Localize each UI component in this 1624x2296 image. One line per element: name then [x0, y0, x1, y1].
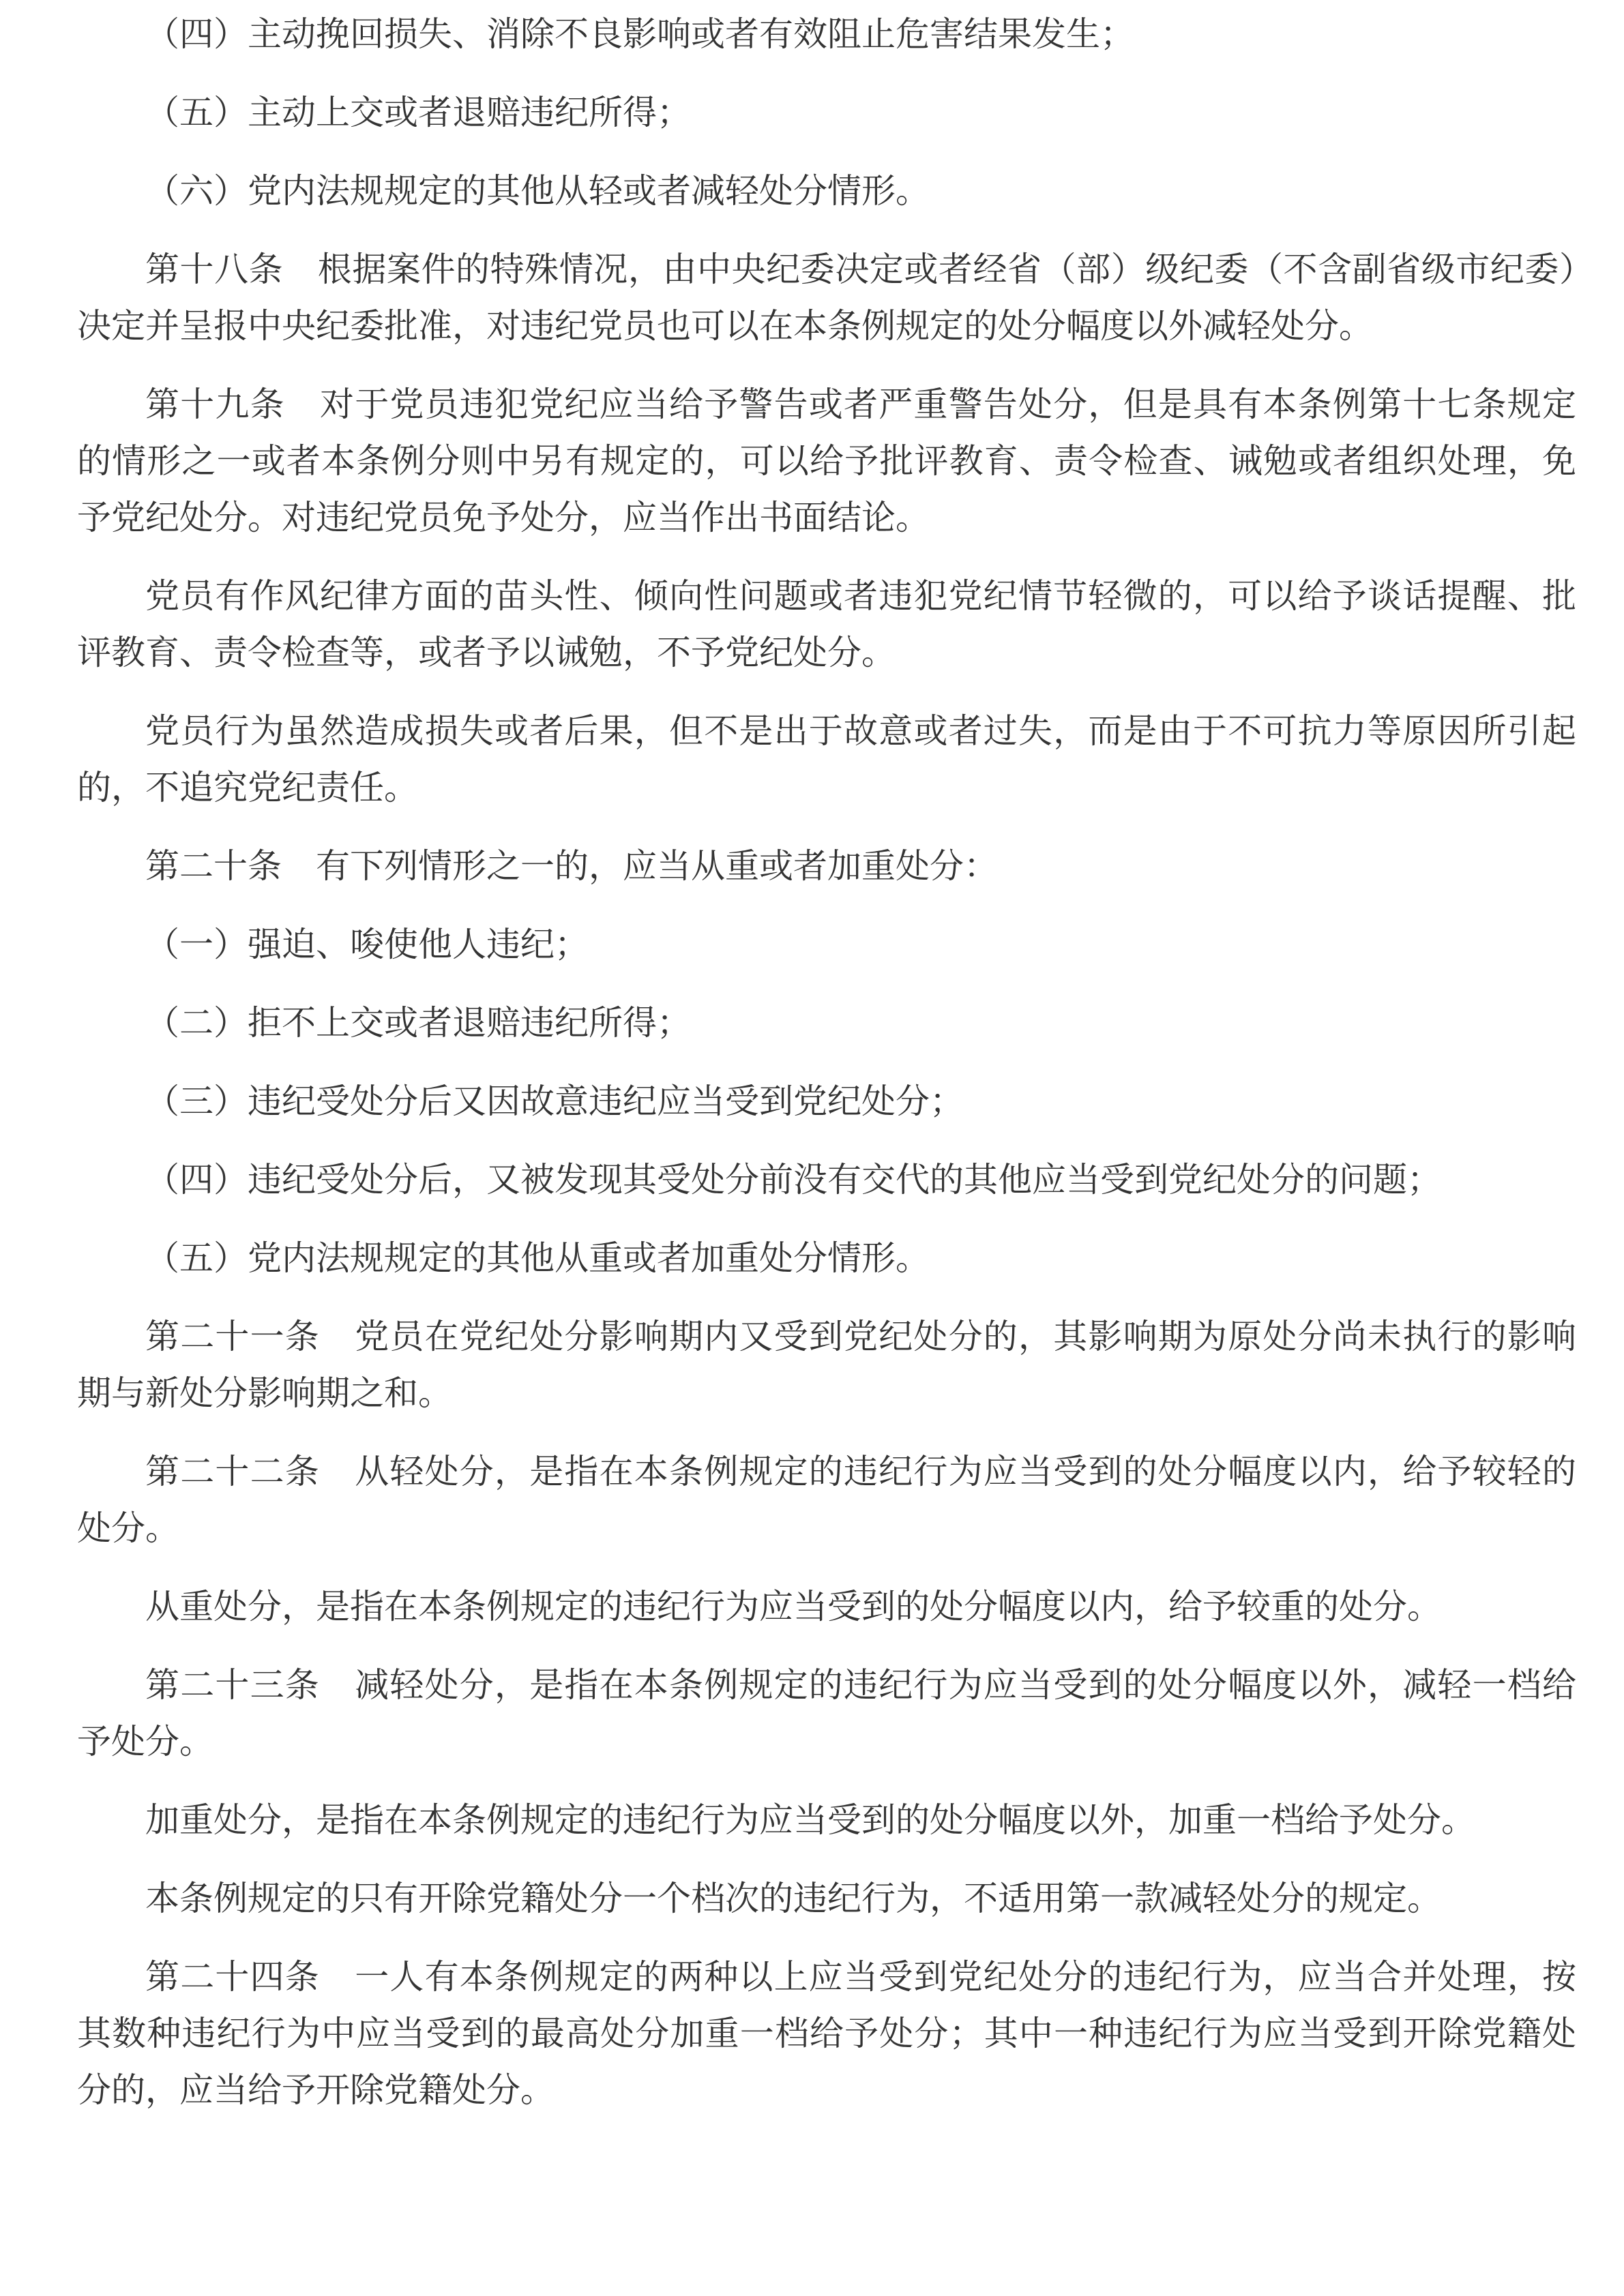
- clause-light-item-5: （五）主动上交或者退赔违纪所得；: [77, 85, 1576, 141]
- article-18: 第十八条 根据案件的特殊情况，由中央纪委决定或者经省（部）级纪委（不含副省级市纪…: [77, 241, 1576, 355]
- article-22: 第二十二条 从轻处分，是指在本条例规定的违纪行为应当受到的处分幅度以内，给予较轻…: [77, 1444, 1576, 1557]
- clause-light-item-4: （四）主动挽回损失、消除不良影响或者有效阻止危害结果发生；: [77, 6, 1576, 63]
- clause-light-item-6: （六）党内法规规定的其他从轻或者减轻处分情形。: [77, 163, 1576, 220]
- article-19: 第十九条 对于党员违犯党纪应当给予警告或者严重警告处分，但是具有本条例第十七条规…: [77, 376, 1576, 546]
- article-23: 第二十三条 减轻处分，是指在本条例规定的违纪行为应当受到的处分幅度以外，减轻一档…: [77, 1657, 1576, 1770]
- article-23-para-3: 本条例规定的只有开除党籍处分一个档次的违纪行为，不适用第一款减轻处分的规定。: [77, 1870, 1576, 1927]
- article-20-item-2: （二）拒不上交或者退赔违纪所得；: [77, 995, 1576, 1052]
- article-20-item-1: （一）强迫、唆使他人违纪；: [77, 916, 1576, 973]
- article-20-item-4: （四）违纪受处分后，又被发现其受处分前没有交代的其他应当受到党纪处分的问题；: [77, 1152, 1576, 1208]
- article-19-para-2: 党员有作风纪律方面的苗头性、倾向性问题或者违犯党纪情节轻微的，可以给予谈话提醒、…: [77, 568, 1576, 681]
- article-20-item-3: （三）违纪受处分后又因故意违纪应当受到党纪处分；: [77, 1073, 1576, 1130]
- article-22-para-2: 从重处分，是指在本条例规定的违纪行为应当受到的处分幅度以内，给予较重的处分。: [77, 1579, 1576, 1635]
- article-19-para-3: 党员行为虽然造成损失或者后果，但不是出于故意或者过失，而是由于不可抗力等原因所引…: [77, 703, 1576, 816]
- article-20-item-5: （五）党内法规规定的其他从重或者加重处分情形。: [77, 1230, 1576, 1287]
- article-21: 第二十一条 党员在党纪处分影响期内又受到党纪处分的，其影响期为原处分尚未执行的影…: [77, 1309, 1576, 1422]
- article-20: 第二十条 有下列情形之一的，应当从重或者加重处分：: [77, 838, 1576, 895]
- document-page: （四）主动挽回损失、消除不良影响或者有效阻止危害结果发生； （五）主动上交或者退…: [0, 0, 1624, 2296]
- article-23-para-2: 加重处分，是指在本条例规定的违纪行为应当受到的处分幅度以外，加重一档给予处分。: [77, 1792, 1576, 1849]
- article-24: 第二十四条 一人有本条例规定的两种以上应当受到党纪处分的违纪行为，应当合并处理，…: [77, 1949, 1576, 2119]
